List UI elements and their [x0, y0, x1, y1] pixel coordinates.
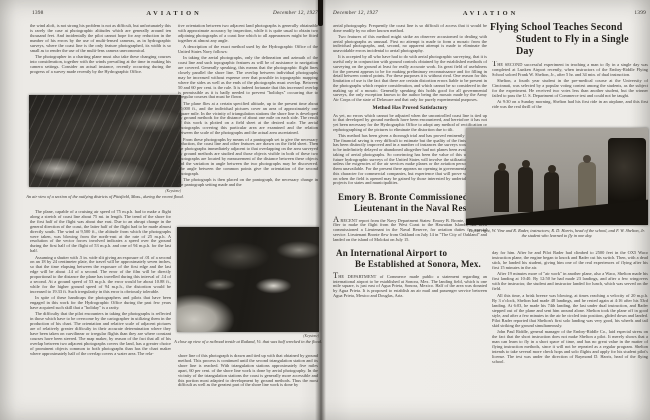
paragraph: Two features of this method might strike…: [333, 35, 487, 54]
method-subhead: Method Has Proved Satisfactory: [333, 106, 487, 111]
man-silhouette: [544, 172, 559, 212]
bronte-title-line1: Emory B. Bronte Commissioned a: [333, 192, 475, 202]
man-silhouette: [494, 170, 509, 212]
left-column1-bottom-text: The plane, capable of a cruising air spe…: [30, 210, 171, 418]
instructors-group-photo: [466, 128, 648, 225]
right-column2-top-text: THE SECOND successful experiment in teac…: [492, 61, 648, 127]
trestle-photo: [177, 227, 319, 332]
airport-article-title: An International Airport to Be Establish…: [333, 248, 487, 269]
photo1-caption: An air view of a section of the outlying…: [23, 194, 187, 199]
photo2-caption: A close up view of a railroad trestle at…: [171, 339, 325, 344]
paragraph: day for him. After he and Pilot Rader ha…: [492, 250, 648, 270]
photo1-credit: (Keystone): [29, 189, 181, 193]
paragraph: As yet, no errors which cannot be adjust…: [333, 114, 487, 133]
paragraph: the wind aloft, is not strong his proble…: [30, 24, 171, 53]
flood-aerial-photo: [29, 95, 181, 187]
paragraph: From these photographs by means of a pan…: [178, 138, 318, 177]
airport-title-line2: Be Established at Sonora, Mex.: [333, 259, 487, 270]
paragraph: The difficulty that the pilot encounters…: [30, 312, 171, 356]
bronte-article-text: A RECENT report from the Navy Department…: [333, 217, 487, 243]
photo3-caption: Left to right, W. Vine and R. Rader, ins…: [468, 228, 646, 238]
bronte-article-title: Emory B. Bronte Commissioned a Lieutenan…: [333, 192, 487, 213]
page-gutter-shadow: [315, 0, 326, 420]
two-page-spread: 1398 AVIATION December 12, 1927 December…: [0, 0, 650, 420]
paragraph: The plane flies at a certain specified a…: [178, 102, 318, 136]
airport-title-line1: An International Airport to: [333, 248, 447, 258]
man-silhouette: [518, 167, 533, 212]
paragraph: A description of the exact method used b…: [178, 45, 318, 55]
paragraph: All this time, a brisk breeze was blowin…: [492, 293, 648, 328]
paragraph: THE DEPARTMENT of Commerce made public a…: [333, 273, 487, 299]
paragraph: In taking the aerial photographs, only t…: [178, 56, 318, 100]
paragraph: THE SECOND successful experiment in teac…: [492, 61, 648, 78]
magazine-scan: { "journal": "AVIATION", "left_page": { …: [0, 0, 650, 420]
headline-line1: Flying School Teaches Second: [490, 22, 623, 33]
right-page-number: 1399: [598, 10, 646, 16]
left-issue-date: December 12, 1927: [198, 10, 318, 16]
paragraph: At 9:30 on a Sunday morning, Shelton had…: [492, 100, 648, 110]
bronte-title-line2: Lieutenant in the Naval Reserve: [333, 203, 487, 214]
paragraph: A RECENT report from the Navy Department…: [333, 217, 487, 243]
airport-article-text: THE DEPARTMENT of Commerce made public a…: [333, 273, 487, 299]
paragraph: tive orientation between two adjacent la…: [178, 24, 318, 44]
paragraph: Shelton, a fourth year student in the pr…: [492, 79, 648, 99]
right-col1-intro-text: aerial photography. Frequently the coast…: [333, 24, 487, 103]
right-column2-bottom-text: day for him. After he and Pilot Rader ha…: [492, 250, 648, 416]
left-column1-top-text: the wind aloft, is not strong his proble…: [30, 24, 171, 94]
paragraph: The photographer in a charting plane mus…: [30, 55, 171, 75]
right-col1-method-text: As yet, no errors which cannot be adjust…: [333, 114, 487, 187]
right-column1: aerial photography. Frequently the coast…: [333, 24, 487, 416]
paragraph: aerial photography. Frequently the coast…: [333, 24, 487, 34]
paragraph: In spite of these handicaps the photogra…: [30, 296, 171, 311]
left-column2-bottom-text: shore line of this photograph is drawn a…: [178, 354, 318, 416]
flying-school-headline: Flying School Teaches Second Student to …: [490, 22, 648, 58]
paragraph: After 19 minutes more of "air work" in a…: [492, 271, 648, 291]
plane-engine: [608, 138, 646, 210]
paragraph: Assuming a shutter with .5 in. wide slit…: [30, 256, 171, 295]
headline-line2: Student to Fly in a Single Day: [490, 34, 648, 58]
left-column2-top-text: tive orientation between two adjacent la…: [178, 24, 318, 226]
paragraph: It is accepted by all who have had to do…: [333, 55, 487, 103]
paragraph: shore line of this photograph is drawn a…: [178, 354, 318, 388]
photo2-credit: (Keystone): [177, 334, 319, 338]
paragraph: The photograph is then placed on the pan…: [178, 178, 318, 188]
paragraph: This method has been given a thorough tr…: [333, 134, 487, 186]
paragraph: The plane, capable of a cruising air spe…: [30, 210, 171, 254]
paragraph: John Paul Riddle, general manager of the…: [492, 329, 648, 364]
